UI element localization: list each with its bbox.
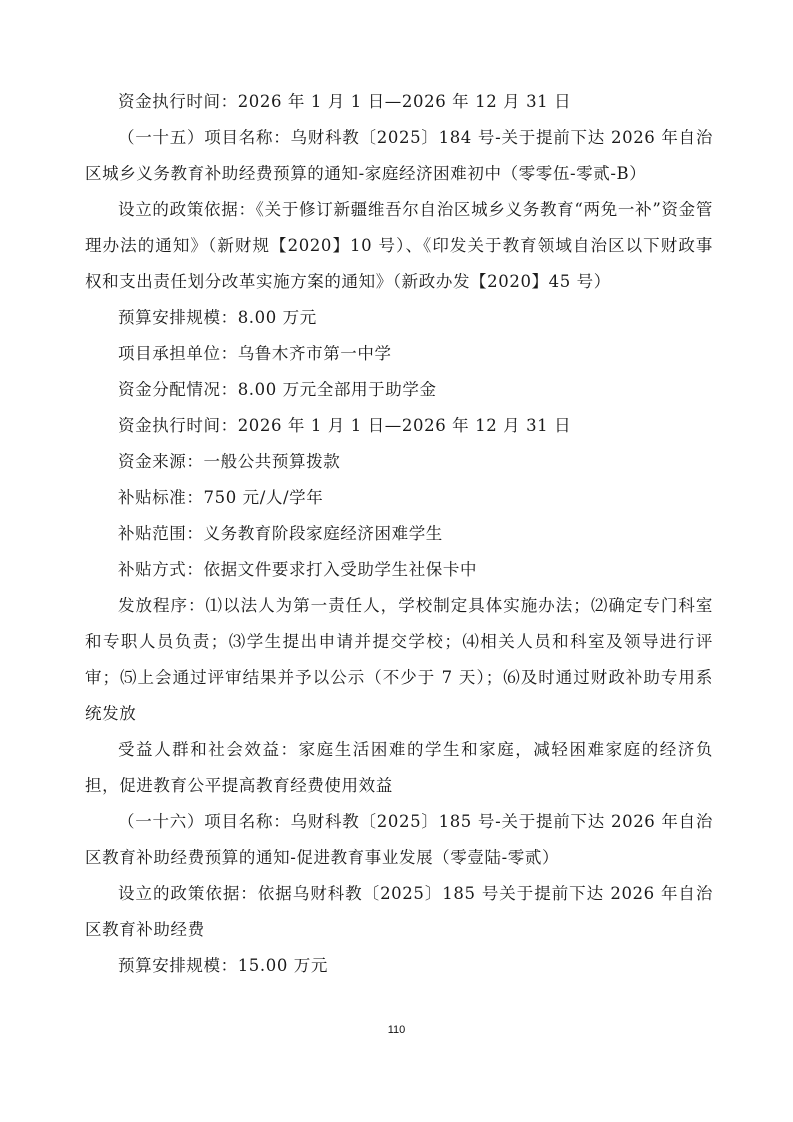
paragraph-beneficiaries: 受益人群和社会效益：家庭生活困难的学生和家庭，减轻困难家庭的经济负担，促进教育公… [85,732,713,804]
paragraph-execution-time-1: 资金执行时间：2026 年 1 月 1 日—2026 年 12 月 31 日 [85,84,713,120]
paragraph-budget-scale-16: 预算安排规模：15.00 万元 [85,948,713,984]
page-number: 110 [0,1024,793,1036]
paragraph-fund-source: 资金来源：一般公共预算拨款 [85,444,713,480]
paragraph-policy-basis-16: 设立的政策依据：依据乌财科教〔2025〕185 号关于提前下达 2026 年自治… [85,876,713,948]
paragraph-responsible-unit: 项目承担单位：乌鲁木齐市第一中学 [85,336,713,372]
paragraph-fund-allocation: 资金分配情况：8.00 万元全部用于助学金 [85,372,713,408]
paragraph-subsidy-method: 补贴方式：依据文件要求打入受助学生社保卡中 [85,552,713,588]
paragraph-project-16-name: （一十六）项目名称：乌财科教〔2025〕185 号-关于提前下达 2026 年自… [85,804,713,876]
paragraph-subsidy-standard: 补贴标准：750 元/人/学年 [85,480,713,516]
paragraph-subsidy-scope: 补贴范围：义务教育阶段家庭经济困难学生 [85,516,713,552]
paragraph-execution-time-2: 资金执行时间：2026 年 1 月 1 日—2026 年 12 月 31 日 [85,408,713,444]
paragraph-budget-scale-15: 预算安排规模：8.00 万元 [85,300,713,336]
document-page-body: 资金执行时间：2026 年 1 月 1 日—2026 年 12 月 31 日 （… [85,84,713,984]
paragraph-distribution-procedure: 发放程序：⑴以法人为第一责任人，学校制定具体实施办法；⑵确定专门科室和专职人员负… [85,588,713,732]
paragraph-policy-basis-15: 设立的政策依据：《关于修订新疆维吾尔自治区城乡义务教育“两免一补”资金管理办法的… [85,192,713,300]
paragraph-project-15-name: （一十五）项目名称：乌财科教〔2025〕184 号-关于提前下达 2026 年自… [85,120,713,192]
